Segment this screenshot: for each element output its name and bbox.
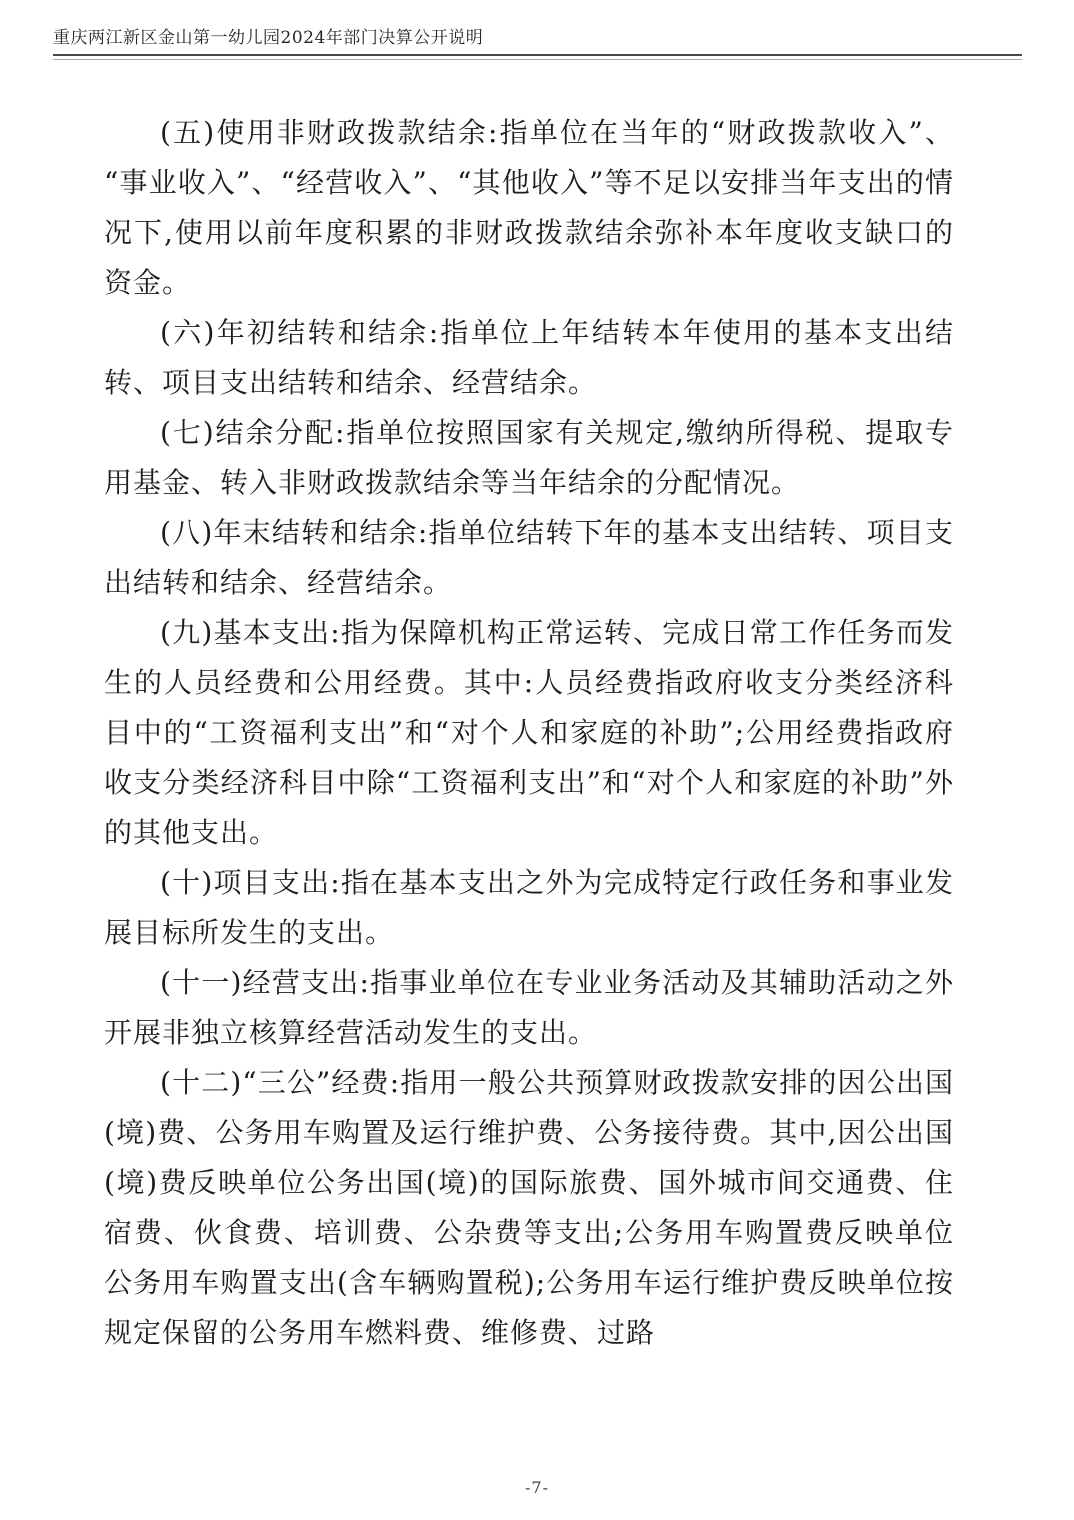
paragraph: (五)使用非财政拨款结余:指单位在当年的“财政拨款收入”、“事业收入”、“经营收… [104,108,954,308]
paragraph: (十二)“三公”经费:指用一般公共预算财政拨款安排的因公出国(境)费、公务用车购… [104,1058,954,1358]
document-body: (五)使用非财政拨款结余:指单位在当年的“财政拨款收入”、“事业收入”、“经营收… [104,108,954,1358]
paragraph: (九)基本支出:指为保障机构正常运转、完成日常工作任务而发生的人员经费和公用经费… [104,608,954,858]
paragraph: (六)年初结转和结余:指单位上年结转本年使用的基本支出结转、项目支出结转和结余、… [104,308,954,408]
paragraph: (八)年末结转和结余:指单位结转下年的基本支出结转、项目支出结转和结余、经营结余… [104,508,954,608]
paragraph: (十一)经营支出:指事业单位在专业业务活动及其辅助活动之外开展非独立核算经营活动… [104,958,954,1058]
header-title: 重庆两江新区金山第一幼儿园2024年部门决算公开说明 [53,26,1022,54]
page-number: -7- [0,1478,1074,1497]
document-page: 重庆两江新区金山第一幼儿园2024年部门决算公开说明 (五)使用非财政拨款结余:… [0,0,1074,1520]
header-rule [53,54,1022,60]
paragraph: (十)项目支出:指在基本支出之外为完成特定行政任务和事业发展目标所发生的支出。 [104,858,954,958]
paragraph: (七)结余分配:指单位按照国家有关规定,缴纳所得税、提取专用基金、转入非财政拨款… [104,408,954,508]
page-header: 重庆两江新区金山第一幼儿园2024年部门决算公开说明 [53,26,1022,60]
